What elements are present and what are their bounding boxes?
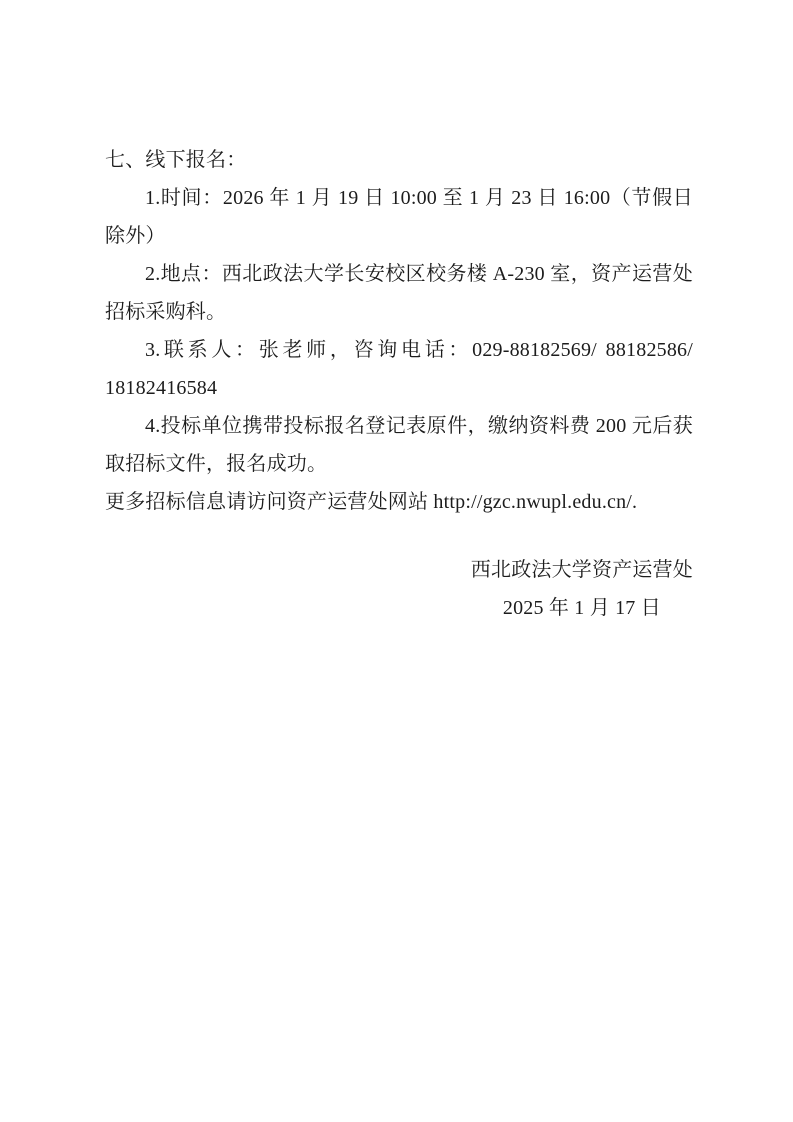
document-content: 七、线下报名： 1.时间：2026 年 1 月 19 日 10:00 至 1 月… xyxy=(105,141,693,627)
document-page: 七、线下报名： 1.时间：2026 年 1 月 19 日 10:00 至 1 月… xyxy=(0,0,793,1122)
paragraph-time: 1.时间：2026 年 1 月 19 日 10:00 至 1 月 23 日 16… xyxy=(105,179,693,255)
section-heading: 七、线下报名： xyxy=(105,141,693,179)
paragraph-more-info: 更多招标信息请访问资产运营处网站 http://gzc.nwupl.edu.cn… xyxy=(105,483,693,521)
signature-block: 西北政法大学资产运营处 2025 年 1 月 17 日 xyxy=(471,551,693,627)
paragraph-registration-fee: 4.投标单位携带投标报名登记表原件，缴纳资料费 200 元后获取招标文件，报名成… xyxy=(105,407,693,483)
paragraph-location: 2.地点：西北政法大学长安校区校务楼 A-230 室，资产运营处招标采购科。 xyxy=(105,255,693,331)
signature-date: 2025 年 1 月 17 日 xyxy=(471,589,693,627)
signature-org: 西北政法大学资产运营处 xyxy=(471,551,693,589)
paragraph-contact: 3.联系人：张老师，咨询电话：029-88182569/ 88182586/ 1… xyxy=(105,331,693,407)
